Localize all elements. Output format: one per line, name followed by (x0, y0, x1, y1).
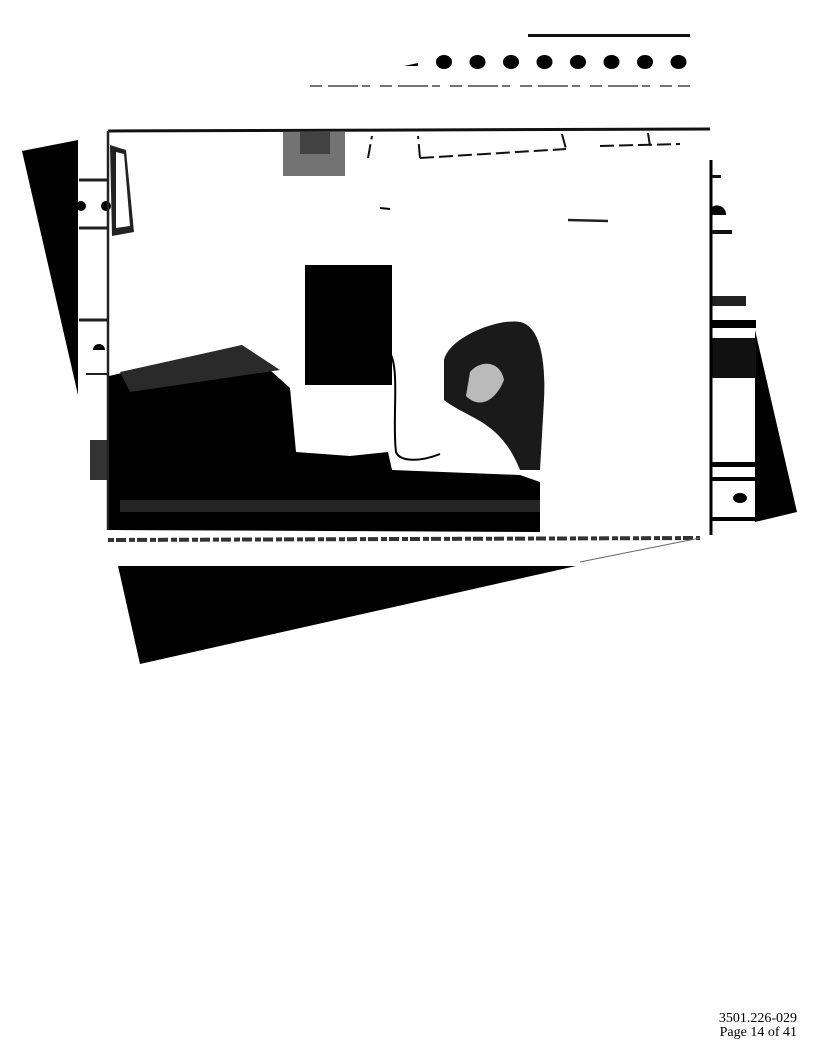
punched-hole (470, 55, 486, 69)
photo-frame (108, 129, 710, 562)
backdrop-bottom-wedge (118, 566, 576, 664)
document-number: 3501.226-029 (719, 1012, 797, 1026)
punched-hole (637, 55, 653, 69)
redaction-block (305, 265, 392, 385)
page-footer: 3501.226-029 Page 14 of 41 (719, 1012, 797, 1040)
top-hole-strip (310, 34, 690, 86)
scanned-photo-figure (0, 0, 816, 1056)
punched-hole (570, 55, 586, 69)
punched-hole (671, 55, 687, 69)
left-side-strip (76, 180, 111, 480)
punched-hole (604, 55, 620, 69)
punched-hole (503, 55, 519, 69)
page-number: Page 14 of 41 (719, 1026, 797, 1040)
backdrop-left-wedge (22, 140, 78, 395)
punched-hole (436, 55, 452, 69)
document-page: 3501.226-029 Page 14 of 41 (0, 0, 816, 1056)
punched-hole (537, 55, 553, 69)
right-side-strip (711, 160, 756, 535)
backdrop-right-wedge (755, 330, 797, 522)
